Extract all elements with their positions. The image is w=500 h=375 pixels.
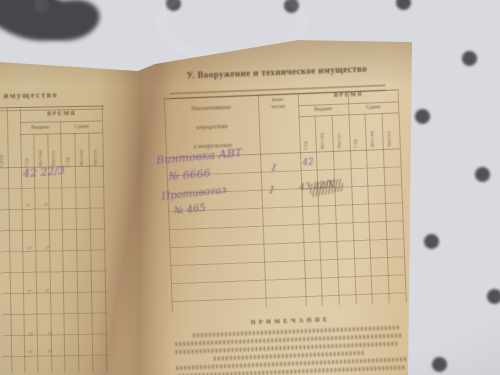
photo-of-booklet: имущество В Р Е М Я Выдано Сдано Срок Го…: [0, 0, 500, 375]
ditto-mark: 〃: [23, 201, 30, 211]
left-returned-month: Месяц: [79, 136, 85, 166]
left-issued-month: Месяц: [38, 137, 44, 167]
polka-dot: [396, 0, 411, 10]
right-returned-year: Год: [353, 118, 359, 148]
right-issued-month: Месяц: [320, 119, 326, 149]
left-issued-year: Год: [24, 137, 30, 167]
polka-dot: [415, 109, 430, 124]
right-issued-label: Выдано: [298, 105, 348, 113]
left-page: имущество В Р Е М Я Выдано Сдано Срок Го…: [0, 87, 152, 375]
ditto-mark: 〃: [41, 200, 48, 210]
note-title: П Р И М Е Ч А Н И Е: [209, 316, 369, 328]
polka-dot: [432, 357, 447, 372]
right-page: У. Вооружение и техническое имущество На…: [144, 32, 423, 375]
name-col-header-1: Наименование: [164, 103, 258, 114]
polka-dot: [462, 51, 477, 66]
handwritten-entry: 42 22/3: [22, 164, 65, 181]
left-returned-label: Сдано: [61, 124, 102, 131]
left-edge-col-label: Срок: [0, 137, 5, 167]
polka-dot: [475, 167, 490, 182]
left-returned-year: Год: [65, 136, 71, 166]
left-returned-day: Число: [93, 136, 99, 166]
name-col-header-2: имущества: [165, 122, 259, 133]
ditto-mark: 〃: [46, 329, 53, 339]
ditto-mark: 〃: [27, 330, 34, 340]
right-returned-label: Сдано: [348, 103, 398, 111]
qty-col-header-2: чество: [258, 104, 298, 111]
right-returned-day: Число: [387, 117, 393, 147]
ditto-mark: 〃: [25, 287, 32, 297]
ditto-mark: 〃: [26, 348, 33, 358]
polka-dot: [424, 234, 439, 249]
right-issued-year: Год: [303, 120, 309, 150]
right-returned-month: Месяц: [370, 117, 376, 147]
entry-1-date: 42: [302, 157, 314, 168]
ditto-mark: 〃: [45, 347, 52, 357]
section-title: У. Вооружение и техническое имущество: [163, 63, 391, 82]
ditto-mark: 〃: [43, 243, 50, 253]
left-page-header-fragment: имущество: [4, 90, 59, 100]
booklet: имущество В Р Е М Я Выдано Сдано Срок Го…: [0, 0, 500, 375]
left-issued-day: Число: [51, 136, 57, 166]
right-issued-day: Число: [337, 119, 343, 149]
table-row-lines: [0, 186, 108, 374]
left-issued-label: Выдано: [20, 124, 60, 131]
ditto-mark: 〃: [25, 244, 32, 254]
ditto-mark: 〃: [43, 286, 50, 296]
left-time-header: В Р Е М Я: [20, 111, 102, 118]
polka-dot: [487, 289, 500, 304]
qty-col-header-1: Коли-: [258, 97, 298, 104]
